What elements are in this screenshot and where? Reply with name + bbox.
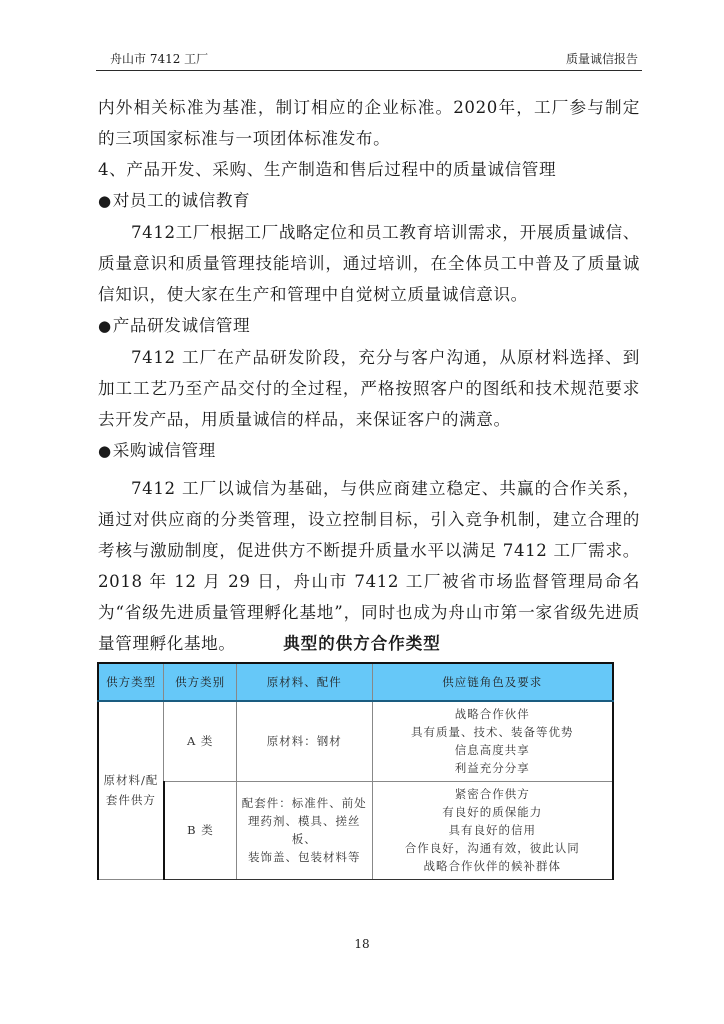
category-cell: A 类 [164,701,237,781]
body-text: 内外相关标准为基准，制订相应的企业标准。2020年，工厂参与制定的三项国家标准与… [98,92,640,659]
supplier-cooperation-table: 供方类型 供方类别 原材料、配件 供应链角色及要求 原材料/配 套件供方 A 类… [97,662,614,880]
table-row: 原材料/配 套件供方 A 类 原材料：钢材 战略合作伙伴 具有质量、技术、装备等… [98,701,613,781]
materials-cell: 原材料：钢材 [237,701,372,781]
bullet-heading-product-rd: 产品研发诚信管理 [98,310,640,342]
table-header-row: 供方类型 供方类别 原材料、配件 供应链角色及要求 [98,663,613,701]
header-report-title: 质量诚信报告 [566,50,638,67]
bullet-heading-procurement: 采购诚信管理 [98,435,640,467]
page-header: 舟山市 7412 工厂 质量诚信报告 [96,48,642,71]
table-title: 典型的供方合作类型 [96,630,628,654]
category-cell: B 类 [164,781,237,879]
paragraph-standards: 内外相关标准为基准，制订相应的企业标准。2020年，工厂参与制定的三项国家标准与… [98,92,640,154]
materials-cell: 配套件：标准件、前处 理药剂、模具、搓丝板、 装饰盖、包装材料等 [237,781,372,879]
column-header-materials: 原材料、配件 [237,663,372,701]
table-row: B 类 配套件：标准件、前处 理药剂、模具、搓丝板、 装饰盖、包装材料等 紧密合… [98,781,613,879]
supplier-type-cell: 原材料/配 套件供方 [98,701,164,879]
column-header-role: 供应链角色及要求 [372,663,613,701]
bullet-heading-employee-education: 对员工的诚信教育 [98,185,640,217]
section-heading: 4、产品开发、采购、生产制造和售后过程中的质量诚信管理 [98,154,640,185]
header-organization: 舟山市 7412 工厂 [110,50,208,67]
role-cell: 紧密合作供方 有良好的质保能力 具有良好的信用 合作良好，沟通有效，彼此认同 战… [372,781,613,879]
role-cell: 战略合作伙伴 具有质量、技术、装备等优势 信息高度共享 利益充分分享 [372,701,613,781]
page-number: 18 [0,937,724,951]
paragraph-employee-education: 7412工厂根据工厂战略定位和员工教育培训需求，开展质量诚信、质量意识和质量管理… [98,217,640,310]
paragraph-product-rd: 7412 工厂在产品研发阶段，充分与客户沟通，从原材料选择、到加工工艺乃至产品交… [98,342,640,435]
column-header-supplier-class: 供方类别 [164,663,237,701]
column-header-supplier-type: 供方类型 [98,663,164,701]
